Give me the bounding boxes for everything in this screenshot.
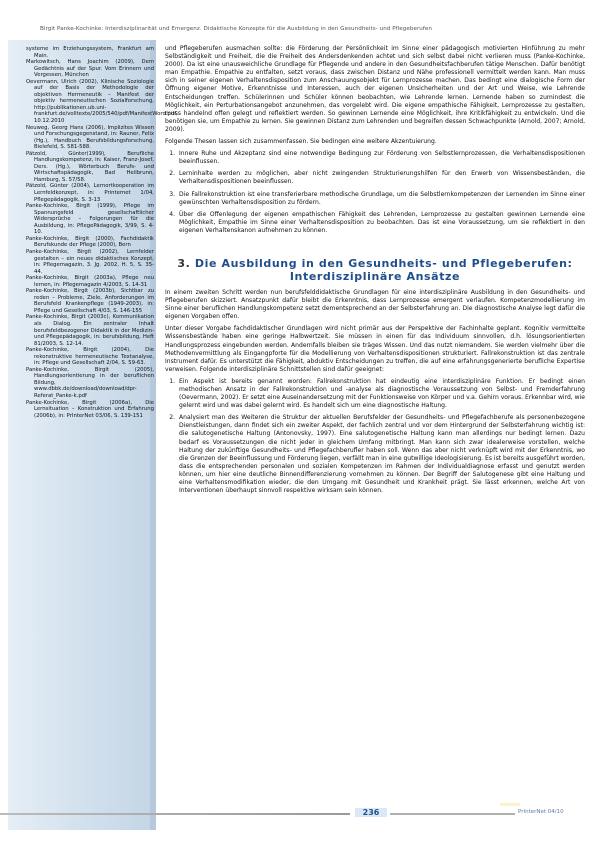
section-number: 3. [177, 257, 190, 270]
reference-entry: Neuweg, Georg Hans (2006), Implizites Wi… [26, 125, 154, 151]
interface-item: Analysiert man des Weiteren die Struktur… [177, 414, 585, 495]
section-heading: 3. Die Ausbildung in den Gesundheits- un… [165, 257, 585, 283]
reference-entry: Panke-Kochinke, Birgit (2002), Lernfelde… [26, 249, 154, 275]
thesis-item: Die Fallrekonstruktion ist eine transfer… [177, 191, 585, 207]
journal-name: PrInterNet 04/10 [518, 809, 564, 815]
reference-entry: Pätzold, Günter(1999), Berufliche Handlu… [26, 151, 154, 184]
page-footer: 236 PrInterNet 04/10 [0, 808, 595, 818]
thesis-item: Innere Ruhe und Akzeptanz sind eine notw… [177, 150, 585, 166]
reference-entry: Panke-Kochinke, Birgit (2006a), Die Lern… [26, 400, 154, 420]
reference-list: systeme im Erziehungssystem, Frankfurt a… [26, 46, 154, 419]
reference-entry: Panke-Kochinke, Birgit (2005), Handlungs… [26, 367, 154, 400]
footer-rule [390, 813, 515, 815]
reference-entry: Panke-Kochinke, Birgit (2003a), Pflege n… [26, 275, 154, 288]
reference-entry: Panke-Kochinke, Birgit (2004), Die rekon… [26, 347, 154, 367]
reference-entry: Panke-Kochinke, Birgit (1999), Pflege im… [26, 203, 154, 236]
main-column: und Pflegeberufen ausmachen sollte: die … [165, 45, 585, 499]
interfaces-list: Ein Aspekt ist bereits genannt worden: F… [165, 378, 585, 495]
reference-entry: Oevermann, Ulrich (2002), Klinische Sozi… [26, 79, 154, 125]
body-paragraph: und Pflegeberufen ausmachen sollte: die … [165, 45, 585, 134]
running-header: Birgit Panke-Kochinke: Interdisziplinari… [40, 26, 588, 32]
reference-entry: systeme im Erziehungssystem, Frankfurt a… [26, 46, 154, 59]
body-paragraph: In einem zweiten Schritt werden nun beru… [165, 289, 585, 321]
footer-accent [500, 803, 520, 806]
thesis-item: Lerninhalte werden zu möglichen, aber ni… [177, 170, 585, 186]
body-paragraph: Folgende Thesen lassen sich zusammenfass… [165, 138, 585, 146]
reference-entry: Markowitsch, Hans Joachim (2009), Dem Ge… [26, 59, 154, 79]
reference-entry: Panke-Kochinke, Birgit (2003c), Kommunik… [26, 314, 154, 347]
reference-entry: Panke-Kochinke, Birgit (2003b), Sichtbar… [26, 288, 154, 314]
footer-rule [0, 813, 350, 815]
reference-entry: Pätzold, Günter (2004), Lernortkooperati… [26, 183, 154, 203]
page-number: 236 [355, 808, 387, 817]
section-title: Die Ausbildung in den Gesundheits- und P… [195, 257, 573, 283]
thesis-item: Über die Offenlegung der eigenen empathi… [177, 211, 585, 235]
interface-item: Ein Aspekt ist bereits genannt worden: F… [177, 378, 585, 410]
reference-entry: Panke-Kochinke, Birgit (2000), Fachdidak… [26, 236, 154, 249]
theses-list: Innere Ruhe und Akzeptanz sind eine notw… [165, 150, 585, 235]
body-paragraph: Unter dieser Vorgabe fachdidaktischer Gr… [165, 325, 585, 374]
